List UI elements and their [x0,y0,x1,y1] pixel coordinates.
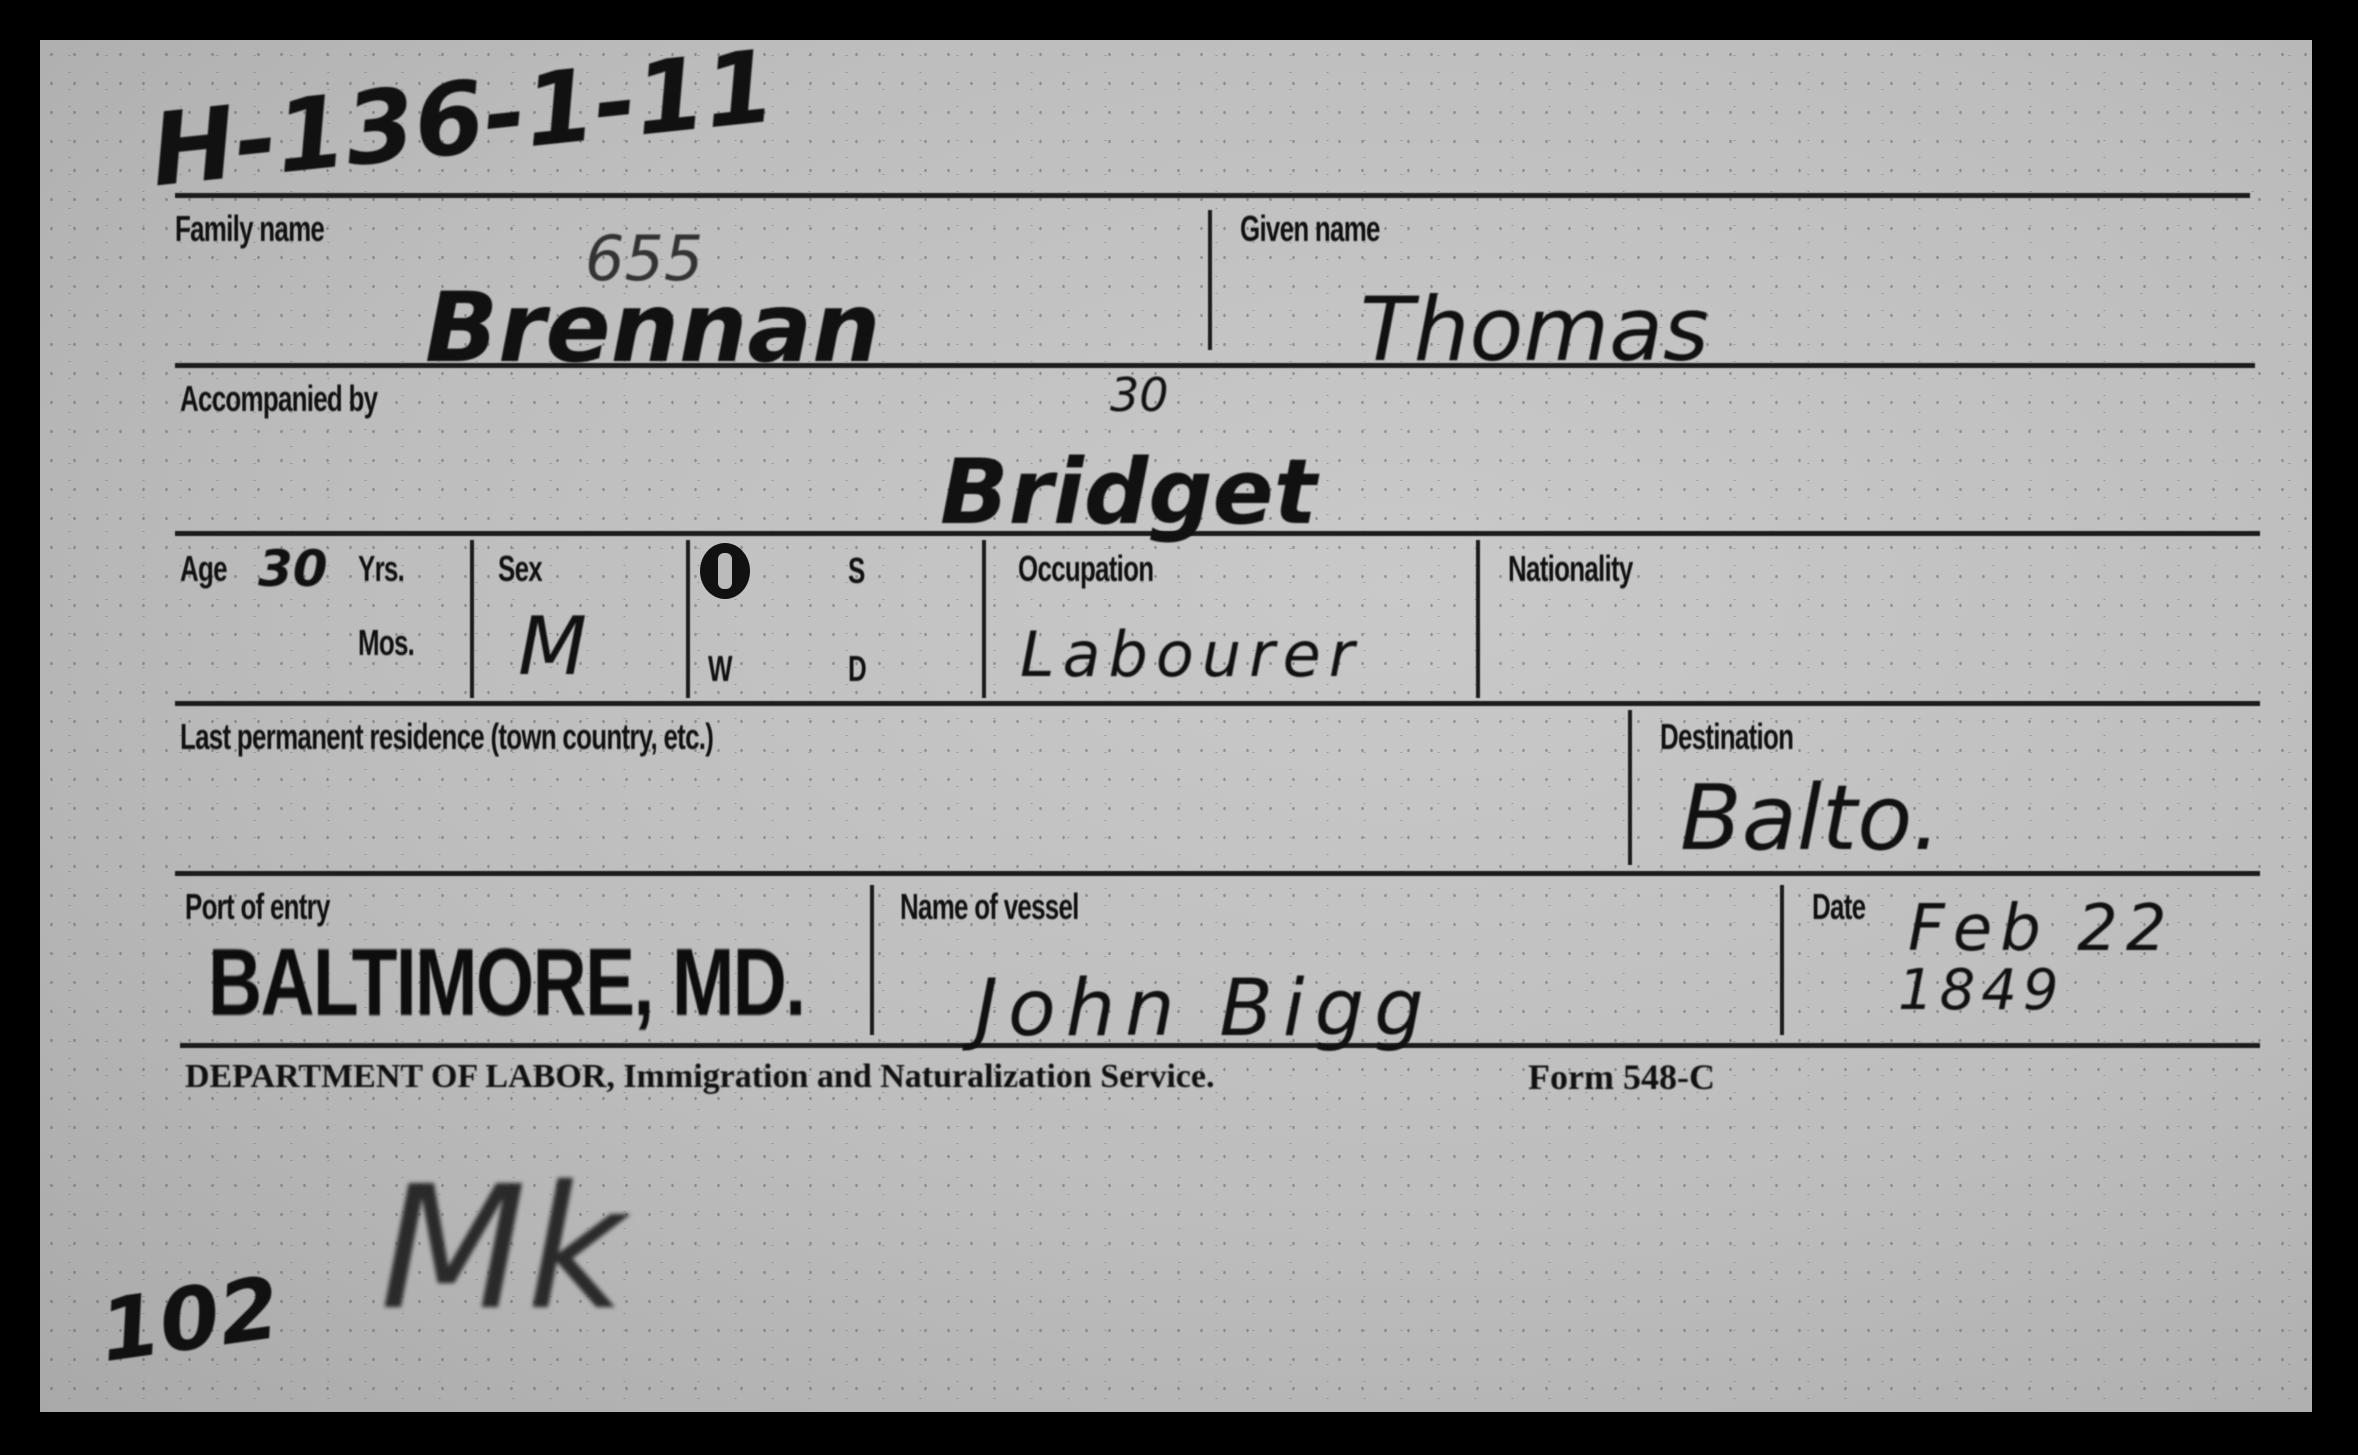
nationality-label: Nationality [1508,548,1633,590]
yrs-label: Yrs. [358,548,404,590]
bottom-number: 102 [94,1258,286,1382]
divider [686,540,690,698]
occupation-label: Occupation [1018,548,1153,590]
divider [1628,710,1632,865]
accompanied-by-value: Bridget [940,440,1317,545]
form-number: Form 548-C [1528,1056,1715,1098]
vessel-label: Name of vessel [900,886,1079,928]
date-label: Date [1812,886,1865,928]
mos-label: Mos. [358,622,414,664]
last-residence-label: Last permanent residence (town country, … [180,716,713,758]
divider [870,885,874,1035]
given-name-label: Given name [1240,208,1380,250]
port-of-entry-stamp: BALTIMORE, MD. [208,928,805,1038]
divider [1208,210,1212,350]
occupation-value: Labourer [1020,618,1362,691]
accompanied-by-label: Accompanied by [180,378,377,420]
sex-label: Sex [498,548,542,590]
family-name-value: Brennan [425,272,880,384]
marital-status-married-circled [700,543,750,599]
family-name-label: Family name [175,208,324,250]
rule [175,193,2250,198]
age-value: 30 [258,540,328,598]
accompanied-age-annotation: 30 [1110,368,1169,422]
divider [1780,885,1784,1035]
divider [470,540,474,698]
destination-label: Destination [1660,716,1793,758]
file-number: H-136-1-11 [146,40,780,209]
divider [1476,540,1480,698]
signature: Mk [380,1150,625,1348]
marital-d-label: D [848,648,866,690]
sex-value: M [518,600,587,693]
marital-s-label: S [848,550,865,592]
given-name-value: Thomas [1360,278,1709,381]
divider [982,540,986,698]
port-of-entry-label: Port of entry [185,886,330,928]
age-label: Age [180,548,227,590]
immigration-card: H-136-1-11 Family name 655 Brennan Given… [40,40,2312,1412]
vessel-value: John Bigg [975,964,1434,1054]
destination-value: Balto. [1680,766,1941,871]
rule [175,701,2260,706]
marital-w-label: W [708,648,732,690]
date-line1: Feb 22 [1908,892,2175,966]
rule [175,871,2260,876]
date-line2: 1849 [1898,958,2065,1023]
department-footer: DEPARTMENT OF LABOR, Immigration and Nat… [185,1058,1214,1096]
